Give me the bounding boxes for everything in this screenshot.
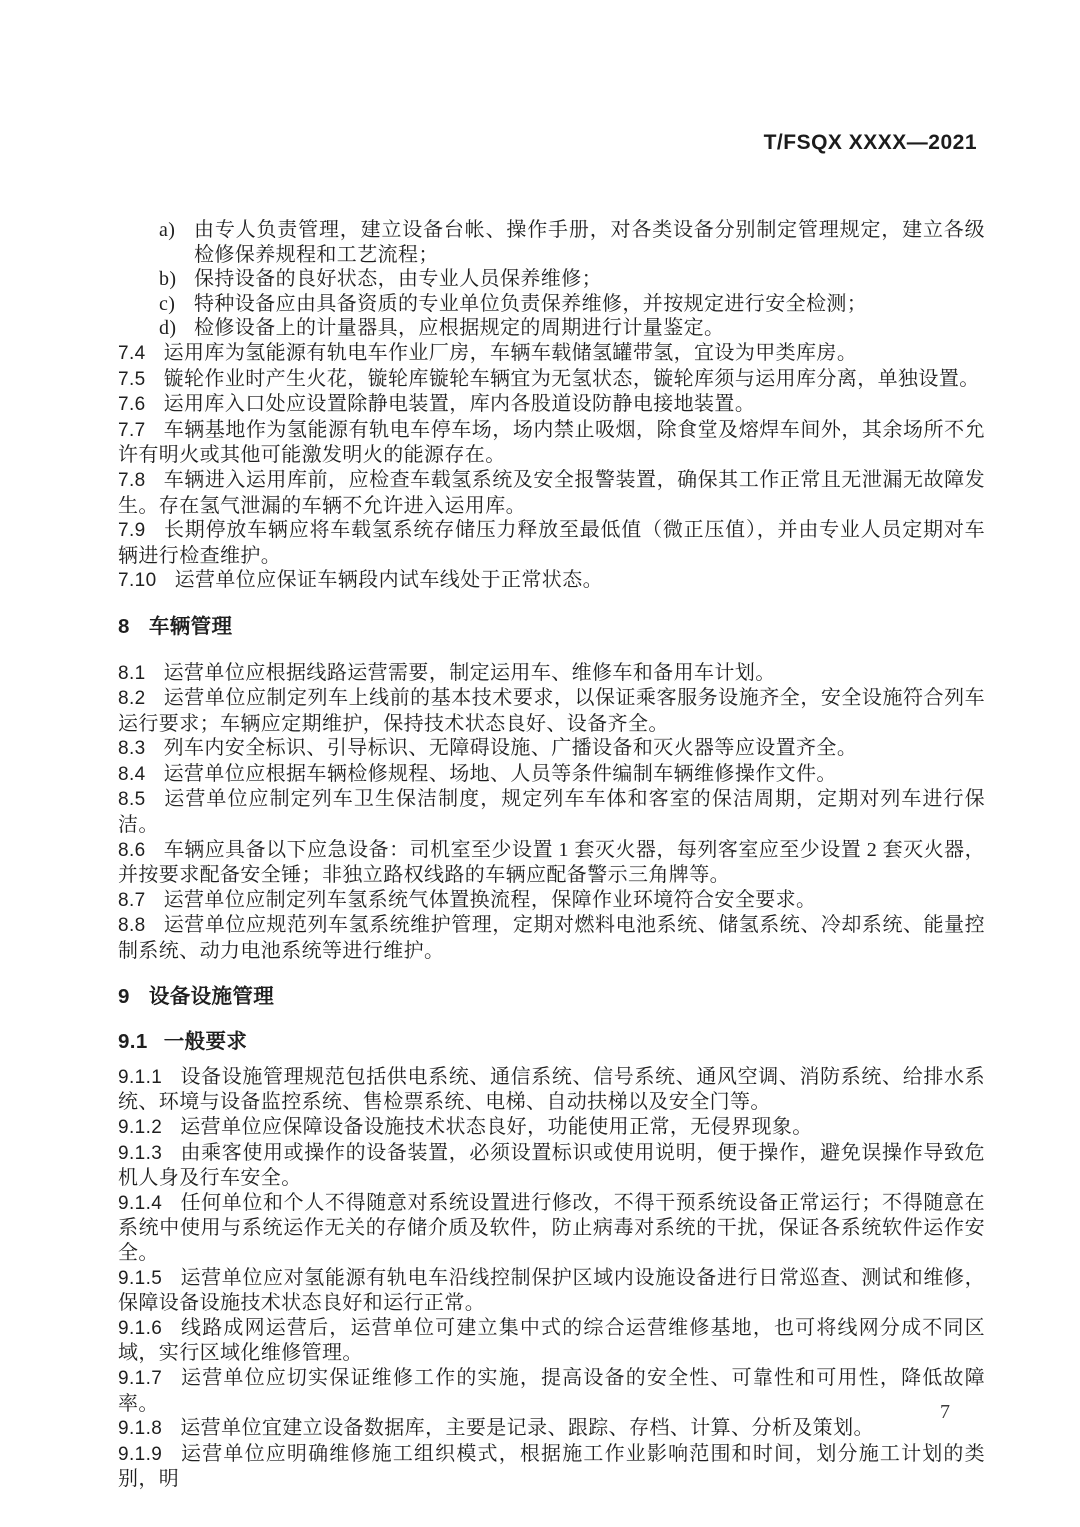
clause-number: 8.4 bbox=[118, 764, 146, 785]
clause-number: 9.1.4 bbox=[118, 1193, 162, 1214]
clause-text: 运营单位应保障设备设施技术状态良好，功能使用正常，无侵界现象。 bbox=[180, 1116, 812, 1138]
list-item-text: 保持设备的良好状态，由专业人员保养维修； bbox=[194, 268, 602, 290]
document-body: a) 由专人负责管理，建立设备台帐、操作手册，对各类设备分别制定管理规定，建立各… bbox=[118, 218, 985, 1492]
clause-8-7: 8.7运营单位应制定列车氢系统气体置换流程，保障作业环境符合安全要求。 bbox=[118, 888, 985, 914]
list-marker: a) bbox=[159, 218, 175, 243]
clause-text: 镟轮作业时产生火花，镟轮库镟轮车辆宜为无氢状态，镟轮库须与运用库分离，单独设置。 bbox=[164, 368, 980, 390]
clause-number: 8.7 bbox=[118, 890, 146, 911]
section-title: 设备设施管理 bbox=[149, 985, 274, 1008]
clause-9-1-8: 9.1.8运营单位宜建立设备数据库，主要是记录、跟踪、存档、计算、分析及策划。 bbox=[118, 1416, 985, 1442]
clause-7-5: 7.5镟轮作业时产生火花，镟轮库镟轮车辆宜为无氢状态，镟轮库须与运用库分离，单独… bbox=[118, 367, 985, 393]
clause-number: 9.1.1 bbox=[118, 1067, 162, 1088]
lettered-item-d: d) 检修设备上的计量器具，应根据规定的周期进行计量鉴定。 bbox=[118, 316, 985, 341]
clause-7-4: 7.4运用库为氢能源有轨电车作业厂房，车辆车载储氢罐带氢，宜设为甲类库房。 bbox=[118, 341, 985, 367]
clause-text: 运营单位应对氢能源有轨电车沿线控制保护区域内设施设备进行日常巡查、测试和维修，保… bbox=[118, 1267, 985, 1315]
clause-text: 运营单位应制定列车卫生保洁制度，规定列车车体和客室的保洁周期，定期对列车进行保洁… bbox=[118, 788, 985, 836]
clause-number: 8.8 bbox=[118, 915, 146, 936]
subsection-title: 一般要求 bbox=[164, 1030, 248, 1053]
section-number: 9 bbox=[118, 985, 130, 1008]
list-item-text: 特种设备应由具备资质的专业单位负责保养维修，并按规定进行安全检测； bbox=[194, 293, 867, 315]
clause-text: 运营单位宜建立设备数据库，主要是记录、跟踪、存档、计算、分析及策划。 bbox=[180, 1417, 874, 1439]
clause-number: 9.1.7 bbox=[118, 1368, 162, 1389]
clause-number: 7.9 bbox=[118, 520, 146, 541]
clause-7-8: 7.8车辆进入运用库前，应检查车载氢系统及安全报警装置，确保其工作正常且无泄漏无… bbox=[118, 468, 985, 518]
clause-text: 运营单位应切实保证维修工作的实施，提高设备的安全性、可靠性和可用性，降低故障率。 bbox=[118, 1367, 985, 1415]
subsection-heading-9-1: 9.1一般要求 bbox=[118, 1030, 985, 1055]
clause-number: 9.1.3 bbox=[118, 1143, 162, 1164]
clause-7-6: 7.6运用库入口处应设置除静电装置，库内各股道设防静电接地装置。 bbox=[118, 392, 985, 418]
clause-9-1-5: 9.1.5运营单位应对氢能源有轨电车沿线控制保护区域内设施设备进行日常巡查、测试… bbox=[118, 1266, 985, 1316]
clause-number: 8.3 bbox=[118, 738, 146, 759]
section-heading-8: 8车辆管理 bbox=[118, 615, 985, 640]
clause-9-1-4: 9.1.4任何单位和个人不得随意对系统设置进行修改，不得干预系统设备正常运行；不… bbox=[118, 1191, 985, 1266]
clause-9-1-9: 9.1.9运营单位应明确维修施工组织模式，根据施工作业影响范围和时间，划分施工计… bbox=[118, 1442, 985, 1492]
clause-8-1: 8.1运营单位应根据线路运营需要，制定运用车、维修车和备用车计划。 bbox=[118, 661, 985, 687]
clause-text: 运用库为氢能源有轨电车作业厂房，车辆车载储氢罐带氢，宜设为甲类库房。 bbox=[164, 342, 858, 364]
lettered-item-b: b) 保持设备的良好状态，由专业人员保养维修； bbox=[118, 267, 985, 292]
subsection-number: 9.1 bbox=[118, 1030, 148, 1053]
clause-7-10: 7.10运营单位应保证车辆段内试车线处于正常状态。 bbox=[118, 568, 985, 594]
clause-number: 7.10 bbox=[118, 570, 157, 591]
clause-9-1-6: 9.1.6线路成网运营后，运营单位可建立集中式的综合运营维修基地，也可将线网分成… bbox=[118, 1316, 985, 1366]
clause-text: 列车内安全标识、引导标识、无障碍设施、广播设备和灭火器等应设置齐全。 bbox=[164, 737, 858, 759]
clause-9-1-7: 9.1.7运营单位应切实保证维修工作的实施，提高设备的安全性、可靠性和可用性，降… bbox=[118, 1366, 985, 1416]
clause-8-8: 8.8运营单位应规范列车氢系统维护管理，定期对燃料电池系统、储氢系统、冷却系统、… bbox=[118, 913, 985, 963]
clause-text: 运营单位应规范列车氢系统维护管理，定期对燃料电池系统、储氢系统、冷却系统、能量控… bbox=[118, 914, 985, 962]
list-item-text: 检修设备上的计量器具，应根据规定的周期进行计量鉴定。 bbox=[194, 317, 724, 339]
clause-8-6: 8.6车辆应具备以下应急设备：司机室至少设置 1 套灭火器，每列客室应至少设置 … bbox=[118, 838, 985, 888]
clause-text: 运营单位应根据车辆检修规程、场地、人员等条件编制车辆维修操作文件。 bbox=[164, 763, 837, 785]
clause-text: 车辆应具备以下应急设备：司机室至少设置 1 套灭火器，每列客室应至少设置 2 套… bbox=[118, 839, 985, 887]
lettered-item-a: a) 由专人负责管理，建立设备台帐、操作手册，对各类设备分别制定管理规定，建立各… bbox=[118, 218, 985, 267]
clause-number: 9.1.5 bbox=[118, 1268, 162, 1289]
clause-number: 9.1.6 bbox=[118, 1318, 162, 1339]
clause-8-5: 8.5运营单位应制定列车卫生保洁制度，规定列车车体和客室的保洁周期，定期对列车进… bbox=[118, 787, 985, 837]
list-marker: d) bbox=[159, 316, 176, 341]
clause-9-1-2: 9.1.2运营单位应保障设备设施技术状态良好，功能使用正常，无侵界现象。 bbox=[118, 1115, 985, 1141]
clause-number: 8.2 bbox=[118, 688, 146, 709]
clause-number: 7.4 bbox=[118, 343, 146, 364]
clause-text: 运营单位应明确维修施工组织模式，根据施工作业影响范围和时间，划分施工计划的类别，… bbox=[118, 1443, 985, 1491]
clause-8-3: 8.3列车内安全标识、引导标识、无障碍设施、广播设备和灭火器等应设置齐全。 bbox=[118, 736, 985, 762]
document-page: T/FSQX XXXX—2021 a) 由专人负责管理，建立设备台帐、操作手册，… bbox=[0, 0, 1080, 1527]
clause-9-1-3: 9.1.3由乘客使用或操作的设备装置，必须设置标识或使用说明，便于操作，避免误操… bbox=[118, 1141, 985, 1191]
clause-number: 9.1.9 bbox=[118, 1444, 162, 1465]
clause-text: 运营单位应制定列车上线前的基本技术要求，以保证乘客服务设施齐全，安全设施符合列车… bbox=[118, 687, 985, 735]
clause-number: 9.1.2 bbox=[118, 1117, 162, 1138]
clause-text: 运用库入口处应设置除静电装置，库内各股道设防静电接地装置。 bbox=[164, 393, 756, 415]
clause-number: 8.5 bbox=[118, 789, 146, 810]
clause-text: 车辆基地作为氢能源有轨电车停车场，场内禁止吸烟，除食堂及熔焊车间外，其余场所不允… bbox=[118, 419, 985, 467]
clause-text: 运营单位应制定列车氢系统气体置换流程，保障作业环境符合安全要求。 bbox=[164, 889, 817, 911]
clause-text: 长期停放车辆应将车载氢系统存储压力释放至最低值（微正压值），并由专业人员定期对车… bbox=[118, 519, 985, 567]
clause-text: 线路成网运营后，运营单位可建立集中式的综合运营维修基地，也可将线网分成不同区域，… bbox=[118, 1317, 985, 1365]
clause-7-9: 7.9长期停放车辆应将车载氢系统存储压力释放至最低值（微正压值），并由专业人员定… bbox=[118, 518, 985, 568]
section-title: 车辆管理 bbox=[149, 615, 233, 638]
clause-text: 车辆进入运用库前，应检查车载氢系统及安全报警装置，确保其工作正常且无泄漏无故障发… bbox=[118, 469, 985, 517]
lettered-item-c: c) 特种设备应由具备资质的专业单位负责保养维修，并按规定进行安全检测； bbox=[118, 292, 985, 317]
clause-7-7: 7.7车辆基地作为氢能源有轨电车停车场，场内禁止吸烟，除食堂及熔焊车间外，其余场… bbox=[118, 418, 985, 468]
clause-9-1-1: 9.1.1设备设施管理规范包括供电系统、通信系统、信号系统、通风空调、消防系统、… bbox=[118, 1065, 985, 1115]
clause-number: 9.1.8 bbox=[118, 1418, 162, 1439]
list-marker: c) bbox=[159, 292, 175, 317]
list-marker: b) bbox=[159, 267, 176, 292]
clause-text: 由乘客使用或操作的设备装置，必须设置标识或使用说明，便于操作，避免误操作导致危机… bbox=[118, 1142, 985, 1190]
list-item-text: 由专人负责管理，建立设备台帐、操作手册，对各类设备分别制定管理规定，建立各级检修… bbox=[194, 219, 985, 266]
clause-number: 7.8 bbox=[118, 470, 146, 491]
clause-number: 7.5 bbox=[118, 369, 146, 390]
clause-text: 运营单位应根据线路运营需要，制定运用车、维修车和备用车计划。 bbox=[164, 662, 776, 684]
clause-8-4: 8.4运营单位应根据车辆检修规程、场地、人员等条件编制车辆维修操作文件。 bbox=[118, 762, 985, 788]
clause-number: 7.6 bbox=[118, 394, 146, 415]
section-number: 8 bbox=[118, 615, 130, 638]
clause-text: 运营单位应保证车辆段内试车线处于正常状态。 bbox=[175, 569, 603, 591]
clause-text: 设备设施管理规范包括供电系统、通信系统、信号系统、通风空调、消防系统、给排水系统… bbox=[118, 1066, 985, 1114]
clause-number: 8.6 bbox=[118, 840, 146, 861]
clause-text: 任何单位和个人不得随意对系统设置进行修改，不得干预系统设备正常运行；不得随意在系… bbox=[118, 1192, 985, 1264]
clause-8-2: 8.2运营单位应制定列车上线前的基本技术要求，以保证乘客服务设施齐全，安全设施符… bbox=[118, 686, 985, 736]
clause-number: 8.1 bbox=[118, 663, 146, 684]
section-heading-9: 9设备设施管理 bbox=[118, 985, 985, 1010]
standard-number-header: T/FSQX XXXX—2021 bbox=[118, 131, 977, 155]
page-number: 7 bbox=[940, 1401, 950, 1424]
clause-number: 7.7 bbox=[118, 420, 146, 441]
